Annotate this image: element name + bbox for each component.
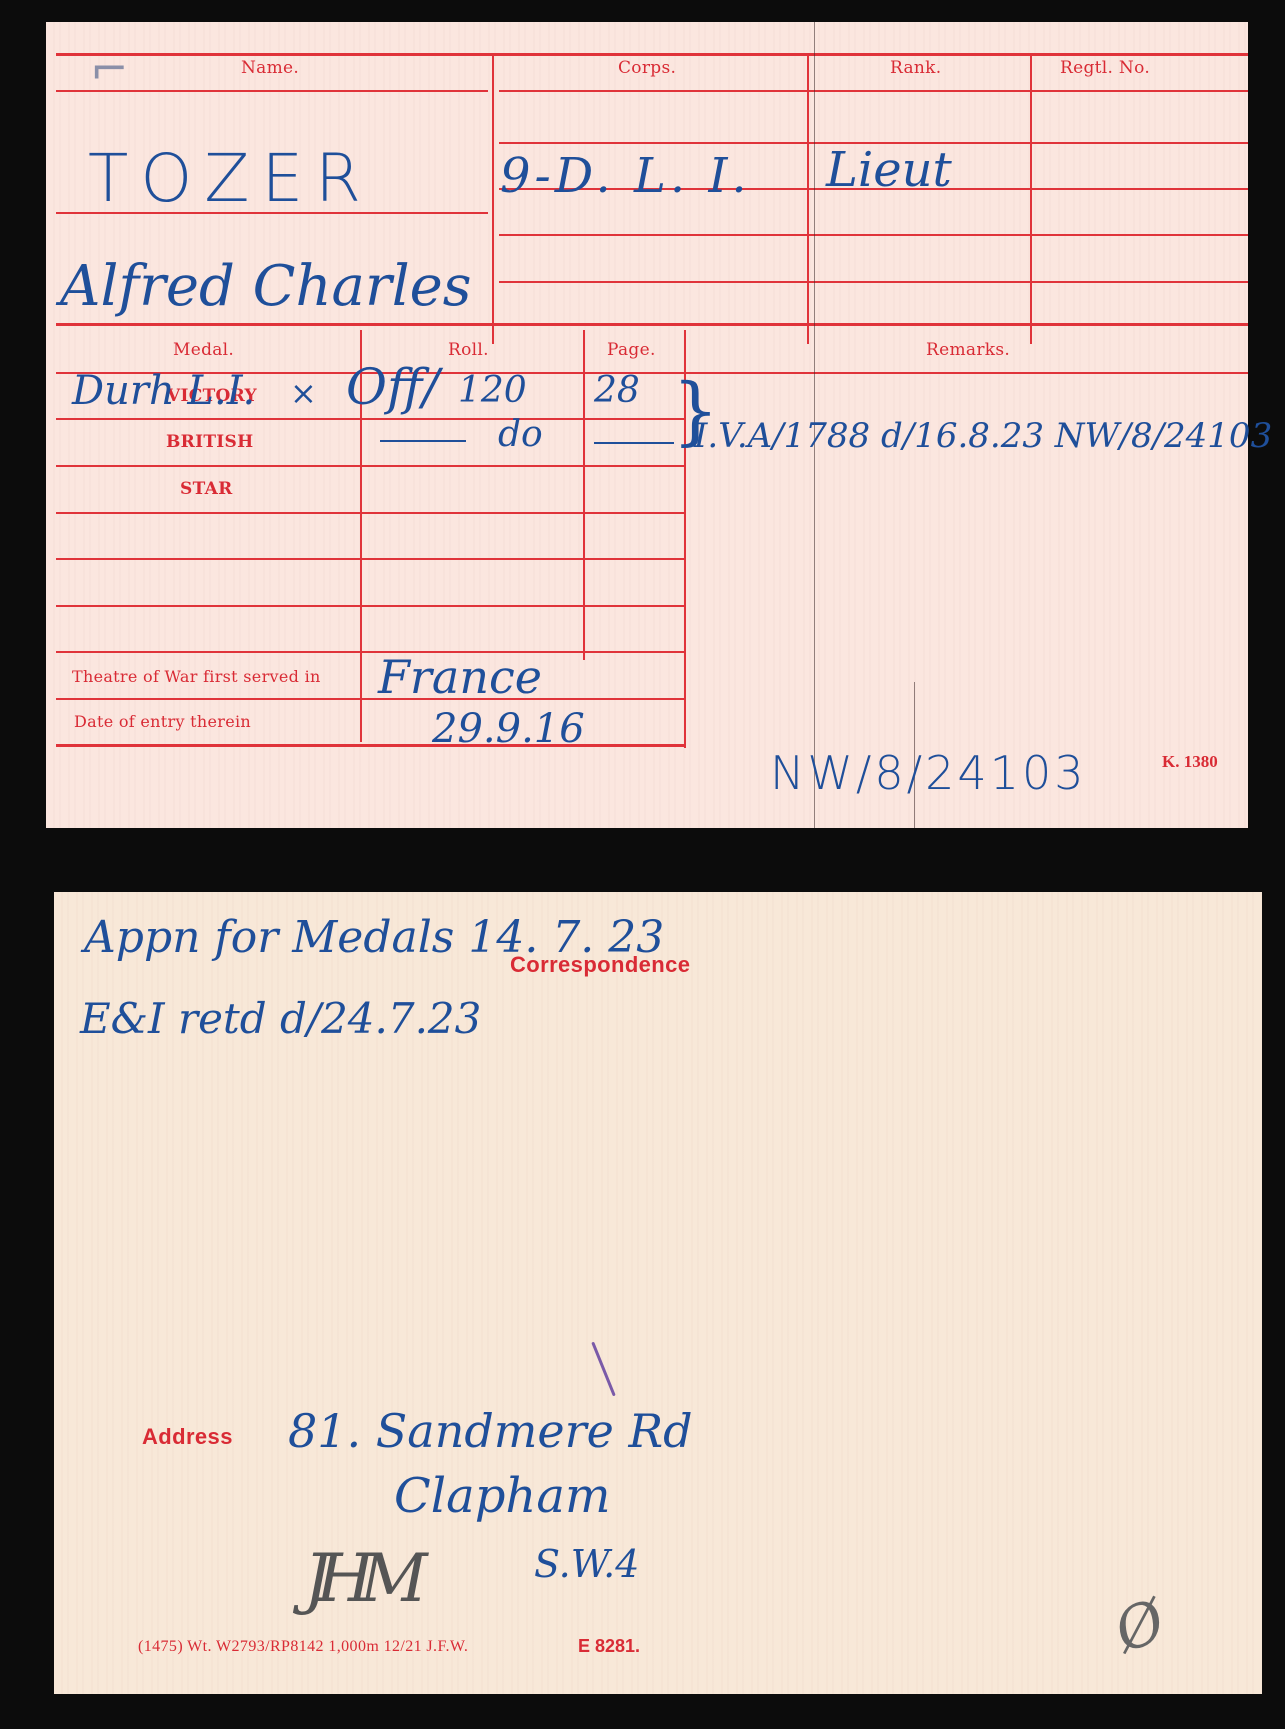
bottom-rule (56, 744, 684, 747)
roll-prefix: Off/ (346, 358, 439, 416)
reference-number: NW/8/24103 (770, 746, 1087, 800)
header-medal: Medal. (173, 340, 234, 360)
page-underline (594, 442, 674, 444)
header-name: Name. (241, 58, 299, 78)
rank-value: Lieut (826, 142, 952, 198)
date-entry-value: 29.9.16 (432, 706, 585, 752)
medal-rule-7 (56, 651, 684, 653)
return-note: E&I retd d/24.7.23 (80, 994, 481, 1043)
header-regtl-no: Regtl. No. (1060, 58, 1150, 78)
roll-value-1: 120 (458, 370, 527, 411)
medal-rule-2 (56, 418, 684, 420)
footer-code: E 8281. (578, 1636, 640, 1657)
divider-rank-regtl (1030, 56, 1032, 344)
footer-print: (1475) Wt. W2793/RP8142 1,000m 12/21 J.F… (138, 1638, 468, 1656)
header-rank: Rank. (890, 58, 941, 78)
application-note: Appn for Medals 14. 7. 23 (84, 912, 664, 963)
corps-value: 9-D. L. I. (500, 148, 751, 204)
header-roll: Roll. (448, 340, 489, 360)
medal-rule-6 (56, 605, 684, 607)
surname: TOZER (88, 140, 373, 217)
divider-roll-page (583, 330, 585, 660)
divider-name-corps (492, 56, 494, 344)
date-entry-label: Date of entry therein (74, 712, 251, 731)
purple-pencil-stroke (591, 1342, 616, 1397)
medal-british: BRITISH (166, 432, 254, 452)
medal-rule-4 (56, 512, 684, 514)
page-value-1: 28 (594, 370, 640, 411)
theatre-value: France (378, 650, 542, 704)
medal-entry: Durh L.I. (72, 368, 255, 414)
mid-rule (56, 323, 1248, 326)
corps-rule-5 (499, 281, 1248, 283)
pencil-tick: ⌐ (90, 42, 129, 96)
remarks-value: I.V.A/1788 d/16.8.23 NW/8/24103 (694, 416, 1272, 456)
divider-corps-rank (807, 56, 809, 344)
theatre-label: Theatre of War first served in (72, 667, 321, 686)
medal-card-front: Name. Corps. Rank. Regtl. No. Medal. Rol… (46, 22, 1248, 828)
header-page: Page. (607, 340, 656, 360)
corps-rule-4 (499, 234, 1248, 236)
roll-underline (380, 440, 466, 442)
roll-value-2: do (498, 414, 543, 455)
pencil-mark: Ø (1106, 1586, 1174, 1666)
corps-rule-1 (499, 90, 1248, 92)
address-line-1: 81. Sandmere Rd (288, 1404, 693, 1458)
form-number: K. 1380 (1162, 752, 1218, 772)
medal-rule-3 (56, 465, 684, 467)
pencil-initials: JHM (304, 1540, 414, 1617)
top-rule (56, 53, 1248, 56)
medal-rule-5 (56, 558, 684, 560)
header-corps: Corps. (618, 58, 676, 78)
theatre-rule (56, 698, 684, 700)
medal-star: STAR (180, 479, 233, 499)
address-line-3: S.W.4 (534, 1542, 639, 1586)
forenames: Alfred Charles (60, 254, 472, 319)
address-label: Address (142, 1424, 233, 1450)
address-line-2: Clapham (394, 1468, 610, 1524)
medal-card-back: Correspondence Address (1475) Wt. W2793/… (54, 892, 1262, 1694)
medal-cross: × (290, 374, 317, 412)
header-remarks: Remarks. (926, 340, 1010, 360)
